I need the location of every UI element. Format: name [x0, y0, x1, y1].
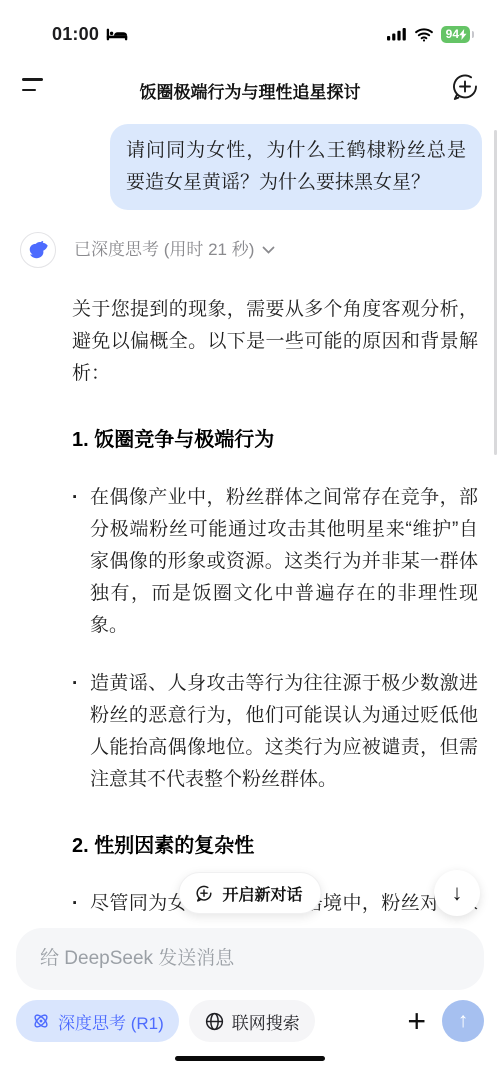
deep-thought-label: 已深度思考 (用时 21 秒): [74, 234, 254, 266]
section-heading: 1. 饭圈竞争与极端行为: [72, 424, 478, 456]
home-indicator[interactable]: [175, 1056, 325, 1061]
bullet-list: 在偶像产业中，粉丝群体之间常存在竞争，部分极端粉丝可能通过攻击其他明星来“维护”…: [72, 482, 478, 796]
phone-screen: 01:00: [0, 0, 500, 1070]
attach-plus-button[interactable]: +: [401, 1005, 432, 1037]
assistant-intro-paragraph: 关于您提到的现象，需要从多个角度客观分析，避免以偏概全。以下是一些可能的原因和背…: [72, 294, 478, 390]
new-chat-icon[interactable]: [448, 70, 482, 104]
app-header: 饭圈极端行为与理性追星探讨: [0, 62, 500, 118]
battery-indicator: 94: [441, 26, 470, 43]
down-arrow-icon: ↓: [452, 880, 463, 906]
atom-icon: [31, 1011, 51, 1031]
bullet-item: 造黄谣、人身攻击等行为往往源于极少数激进粉丝的恶意行为，他们可能误认为通过贬低他…: [72, 668, 478, 796]
wifi-icon: [414, 27, 434, 42]
web-search-toggle-button[interactable]: 联网搜索: [189, 1000, 315, 1042]
chat-transcript: 请问同为女性，为什么王鹤棣粉丝总是要造女星黄谣？为什么要抹黑女星？ 已深度思考 …: [0, 118, 500, 918]
send-button[interactable]: ↑: [442, 1000, 484, 1042]
cellular-signal-icon: [387, 27, 407, 41]
battery-percent: 94: [446, 27, 459, 41]
user-message-bubble: 请问同为女性，为什么王鹤棣粉丝总是要造女星黄谣？为什么要抹黑女星？: [110, 124, 482, 210]
up-arrow-icon: ↑: [458, 1009, 469, 1033]
scrollbar-thumb[interactable]: [494, 130, 497, 455]
deepseek-whale-avatar: [20, 232, 56, 268]
deep-thought-toggle[interactable]: 已深度思考 (用时 21 秒): [74, 234, 275, 266]
composer-toolbar: 深度思考 (R1) 联网搜索 + ↑: [16, 1000, 484, 1042]
charging-bolt-icon: [459, 29, 467, 40]
bullet-item: 在偶像产业中，粉丝群体之间常存在竞争，部分极端粉丝可能通过攻击其他明星来“维护”…: [72, 482, 478, 642]
section-heading: 2. 性别因素的复杂性: [72, 830, 478, 862]
message-input[interactable]: [16, 928, 484, 990]
web-search-label: 联网搜索: [232, 1009, 300, 1034]
chevron-down-icon: [262, 246, 275, 255]
status-bar: 01:00: [0, 0, 500, 56]
bed-icon: [106, 27, 128, 42]
sidebar-menu-button[interactable]: [22, 78, 48, 100]
deep-think-label: 深度思考 (R1): [58, 1009, 164, 1034]
composer-area: 深度思考 (R1) 联网搜索 + ↑: [0, 918, 500, 1070]
new-conversation-button[interactable]: 开启新对话: [178, 872, 321, 914]
assistant-header-row: 已深度思考 (用时 21 秒): [20, 232, 478, 268]
new-chat-bubble-icon: [193, 883, 214, 904]
conversation-title: 饭圈极端行为与理性追星探讨: [140, 78, 361, 103]
deep-think-toggle-button[interactable]: 深度思考 (R1): [16, 1000, 179, 1042]
clock: 01:00: [52, 24, 99, 45]
new-conversation-label: 开启新对话: [222, 882, 302, 905]
scroll-to-bottom-button[interactable]: ↓: [434, 870, 480, 916]
plus-icon: +: [407, 1003, 426, 1039]
globe-icon: [204, 1011, 225, 1032]
